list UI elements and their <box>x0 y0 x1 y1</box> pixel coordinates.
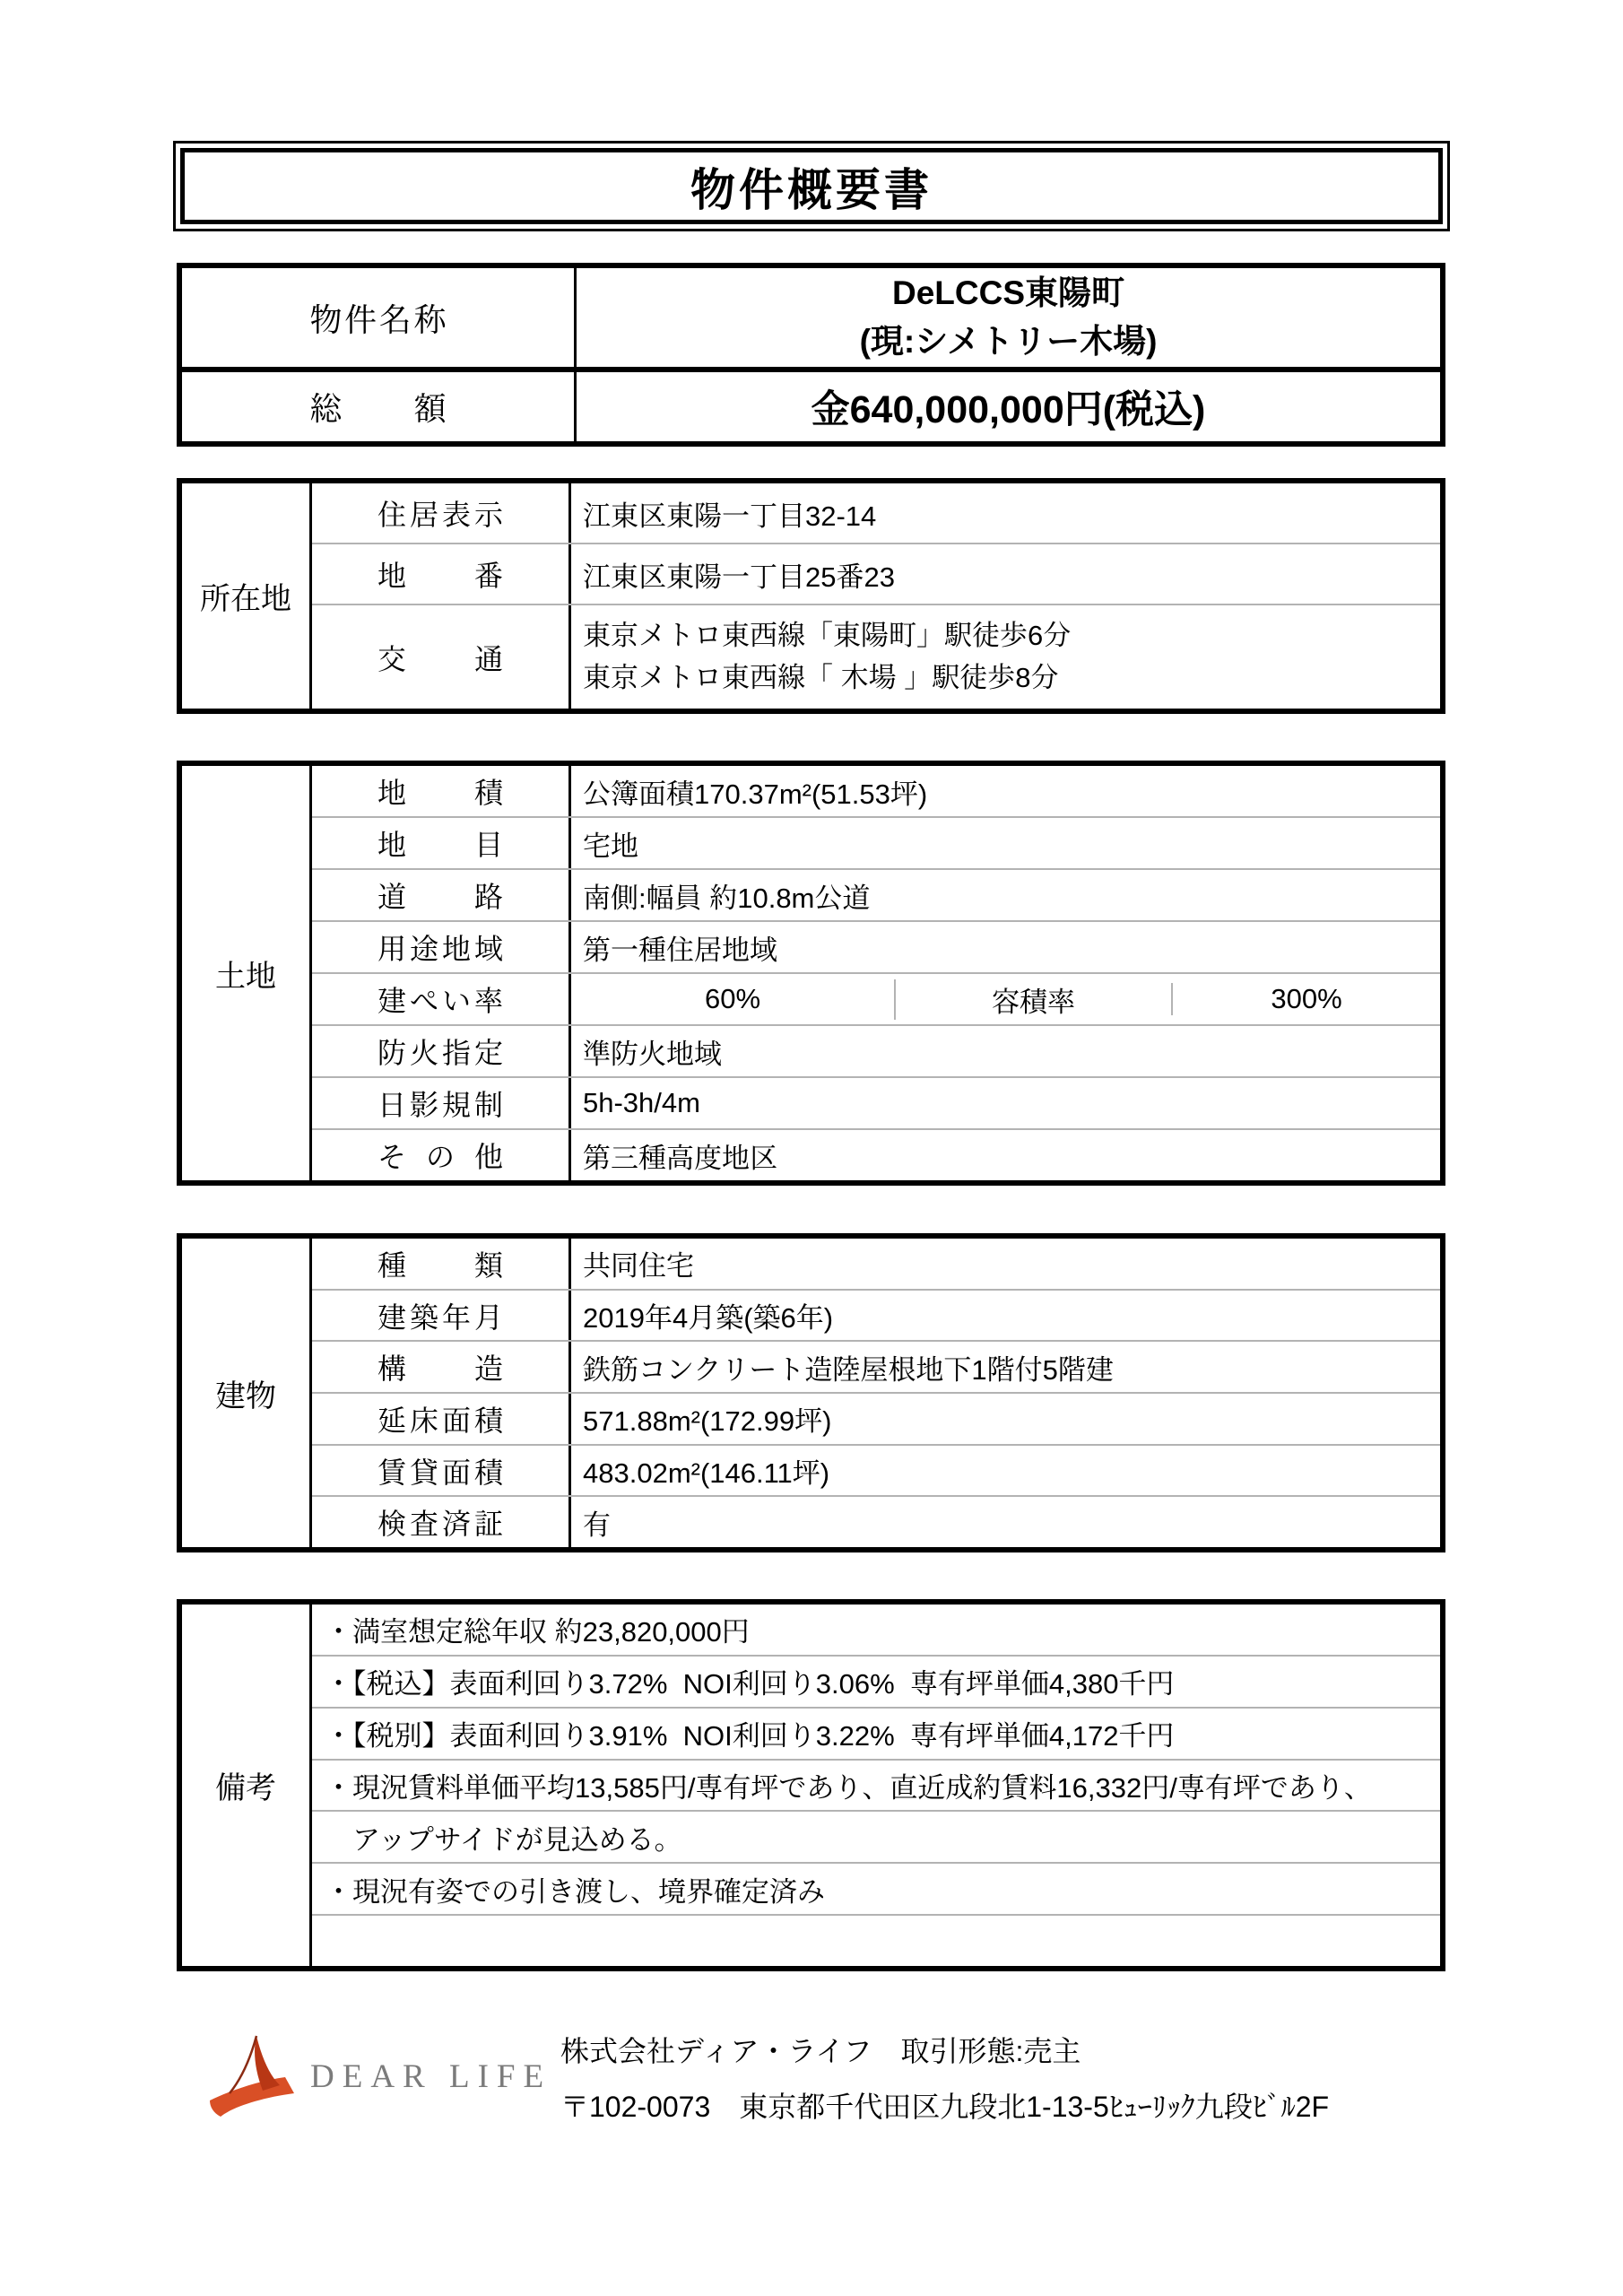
table-row: 種類 共同住宅 <box>312 1239 1440 1289</box>
row-value: 東京メトロ東西線「東陽町」駅徒歩6分 東京メトロ東西線「 木場 」駅徒歩8分 <box>568 605 1440 709</box>
row-value: 江東区東陽一丁目32-14 <box>568 483 1440 543</box>
row-label: 交通 <box>312 605 568 709</box>
row-value: 有 <box>568 1497 1440 1547</box>
table-row: ・満室想定総年収 約23,820,000円 <box>312 1605 1440 1655</box>
table-row: 地番 江東区東陽一丁目25番23 <box>312 543 1440 604</box>
table-row: 物件名称 DeLCCS東陽町 (現:シメトリー木場) <box>182 268 1440 367</box>
table-row: 延床面積 571.88m²(172.99坪) <box>312 1392 1440 1444</box>
table-row: ・現況賃料単価平均13,585円/専有坪であり、直近成約賃料16,332円/専有… <box>312 1759 1440 1811</box>
table-row-coverage-ratio: 建ぺい率 60% 容積率 300% <box>312 972 1440 1024</box>
access-line1: 東京メトロ東西線「東陽町」駅徒歩6分 <box>583 619 1071 654</box>
row-label: 賃貸面積 <box>312 1446 568 1496</box>
title-box: 物件概要書 <box>173 141 1450 231</box>
table-row: 日影規制 5h-3h/4m <box>312 1076 1440 1128</box>
row-value: 江東区東陽一丁目25番23 <box>568 544 1440 604</box>
price-value: 金640,000,000円(税込) <box>811 379 1206 434</box>
row-label: 構造 <box>312 1342 568 1392</box>
location-group-label: 所在地 <box>182 483 312 709</box>
note-line <box>312 1916 1440 1966</box>
price-label: 総額 <box>182 372 574 441</box>
notes-rows: ・満室想定総年収 約23,820,000円 ・【税込】表面利回り3.72% NO… <box>312 1605 1440 1966</box>
land-table: 土地 地積 公簿面積170.37m²(51.53坪) 地目 宅地 道路 南側:幅… <box>177 761 1445 1186</box>
price-value-cell: 金640,000,000円(税込) <box>574 372 1440 441</box>
row-label: 検査済証 <box>312 1497 568 1547</box>
notes-group-label: 備考 <box>182 1605 312 1966</box>
note-line: ・現況有姿での引き渡し、境界確定済み <box>312 1864 1440 1914</box>
dear-life-logo-text: DEAR LIFE <box>310 2057 551 2096</box>
row-value: 5h-3h/4m <box>568 1078 1440 1128</box>
table-row: 総額 金640,000,000円(税込) <box>182 367 1440 441</box>
row-value: 571.88m²(172.99坪) <box>568 1394 1440 1444</box>
floor-area-ratio-value: 300% <box>1171 983 1440 1015</box>
building-table: 建物 種類 共同住宅 建築年月 2019年4月築(築6年) 構造 鉄筋コンクリー… <box>177 1233 1445 1552</box>
row-label: 住居表示 <box>312 483 568 543</box>
row-value: 鉄筋コンクリート造陸屋根地下1階付5階建 <box>568 1342 1440 1392</box>
row-value: 483.02m²(146.11坪) <box>568 1446 1440 1496</box>
company-line: 株式会社ディア・ライフ 取引形態:売主 <box>560 2029 1081 2070</box>
row-value: 第一種住居地域 <box>568 922 1440 972</box>
building-group-label: 建物 <box>182 1239 312 1547</box>
row-value: 2019年4月築(築6年) <box>568 1291 1440 1341</box>
note-line: ・現況賃料単価平均13,585円/専有坪であり、直近成約賃料16,332円/専有… <box>312 1761 1440 1811</box>
location-rows: 住居表示 江東区東陽一丁目32-14 地番 江東区東陽一丁目25番23 交通 東… <box>312 483 1440 709</box>
property-name-line1: DeLCCS東陽町 <box>892 269 1124 317</box>
table-row: ・【税込】表面利回り3.72% NOI利回り3.06% 専有坪単価4,380千円 <box>312 1655 1440 1707</box>
summary-table: 物件名称 DeLCCS東陽町 (現:シメトリー木場) 総額 金640,000,0… <box>177 263 1445 447</box>
row-label: 建築年月 <box>312 1291 568 1341</box>
coverage-ratio-value: 60% <box>571 983 894 1015</box>
note-line: アップサイドが見込める。 <box>312 1812 1440 1862</box>
property-name-line2: (現:シメトリー木場) <box>860 317 1158 366</box>
notes-table: 備考 ・満室想定総年収 約23,820,000円 ・【税込】表面利回り3.72%… <box>177 1599 1445 1971</box>
dear-life-logo: DEAR LIFE <box>208 2034 551 2120</box>
property-summary-page: 物件概要書 物件名称 DeLCCS東陽町 (現:シメトリー木場) 総額 金640… <box>0 0 1623 2296</box>
row-value: 準防火地域 <box>568 1026 1440 1076</box>
row-value: 宅地 <box>568 818 1440 868</box>
table-row: ・【税別】表面利回り3.91% NOI利回り3.22% 専有坪単価4,172千円 <box>312 1707 1440 1759</box>
row-label: 防火指定 <box>312 1026 568 1076</box>
table-row: 検査済証 有 <box>312 1495 1440 1547</box>
location-table: 所在地 住居表示 江東区東陽一丁目32-14 地番 江東区東陽一丁目25番23 … <box>177 478 1445 714</box>
address-line: 〒102-0073 東京都千代田区九段北1-13-5ﾋｭｰﾘｯｸ九段ﾋﾞﾙ2F <box>560 2084 1329 2126</box>
row-label: 地積 <box>312 766 568 816</box>
table-row: 用途地域 第一種住居地域 <box>312 920 1440 972</box>
note-line: ・【税別】表面利回り3.91% NOI利回り3.22% 専有坪単価4,172千円 <box>312 1709 1440 1759</box>
table-row: ・現況有姿での引き渡し、境界確定済み <box>312 1862 1440 1914</box>
row-value: 第三種高度地区 <box>568 1130 1440 1180</box>
floor-area-ratio-label: 容積率 <box>894 979 1171 1020</box>
table-row: 交通 東京メトロ東西線「東陽町」駅徒歩6分 東京メトロ東西線「 木場 」駅徒歩8… <box>312 604 1440 709</box>
row-label: 延床面積 <box>312 1394 568 1444</box>
land-rows: 地積 公簿面積170.37m²(51.53坪) 地目 宅地 道路 南側:幅員 約… <box>312 766 1440 1180</box>
property-name-label: 物件名称 <box>182 268 574 367</box>
row-label: 日影規制 <box>312 1078 568 1128</box>
table-row: 道路 南側:幅員 約10.8m公道 <box>312 868 1440 920</box>
row-value: 公簿面積170.37m²(51.53坪) <box>568 766 1440 816</box>
table-row <box>312 1914 1440 1966</box>
table-row: 構造 鉄筋コンクリート造陸屋根地下1階付5階建 <box>312 1340 1440 1392</box>
building-rows: 種類 共同住宅 建築年月 2019年4月築(築6年) 構造 鉄筋コンクリート造陸… <box>312 1239 1440 1547</box>
row-label: 用途地域 <box>312 922 568 972</box>
note-line: ・【税込】表面利回り3.72% NOI利回り3.06% 専有坪単価4,380千円 <box>312 1657 1440 1707</box>
table-row: その他 第三種高度地区 <box>312 1128 1440 1180</box>
table-row: 住居表示 江東区東陽一丁目32-14 <box>312 483 1440 543</box>
row-label: 建ぺい率 <box>312 974 568 1024</box>
dear-life-logo-icon <box>208 2034 298 2120</box>
table-row: 地目 宅地 <box>312 816 1440 868</box>
access-line2: 東京メトロ東西線「 木場 」駅徒歩8分 <box>583 661 1071 696</box>
coverage-ratio-cells: 60% 容積率 300% <box>568 974 1440 1024</box>
row-label: 種類 <box>312 1239 568 1289</box>
note-line: ・満室想定総年収 約23,820,000円 <box>312 1605 1440 1655</box>
property-name-value: DeLCCS東陽町 (現:シメトリー木場) <box>574 268 1440 367</box>
table-row: 賃貸面積 483.02m²(146.11坪) <box>312 1444 1440 1496</box>
land-group-label: 土地 <box>182 766 312 1180</box>
table-row: アップサイドが見込める。 <box>312 1810 1440 1862</box>
row-label: 道路 <box>312 870 568 920</box>
table-row: 防火指定 準防火地域 <box>312 1024 1440 1076</box>
row-label: 地目 <box>312 818 568 868</box>
table-row: 建築年月 2019年4月築(築6年) <box>312 1289 1440 1341</box>
row-label: 地番 <box>312 544 568 604</box>
table-row: 地積 公簿面積170.37m²(51.53坪) <box>312 766 1440 816</box>
page-title: 物件概要書 <box>180 148 1443 224</box>
row-value: 共同住宅 <box>568 1239 1440 1289</box>
access-lines: 東京メトロ東西線「東陽町」駅徒歩6分 東京メトロ東西線「 木場 」駅徒歩8分 <box>583 619 1071 696</box>
row-value: 南側:幅員 約10.8m公道 <box>568 870 1440 920</box>
row-label: その他 <box>312 1130 568 1180</box>
